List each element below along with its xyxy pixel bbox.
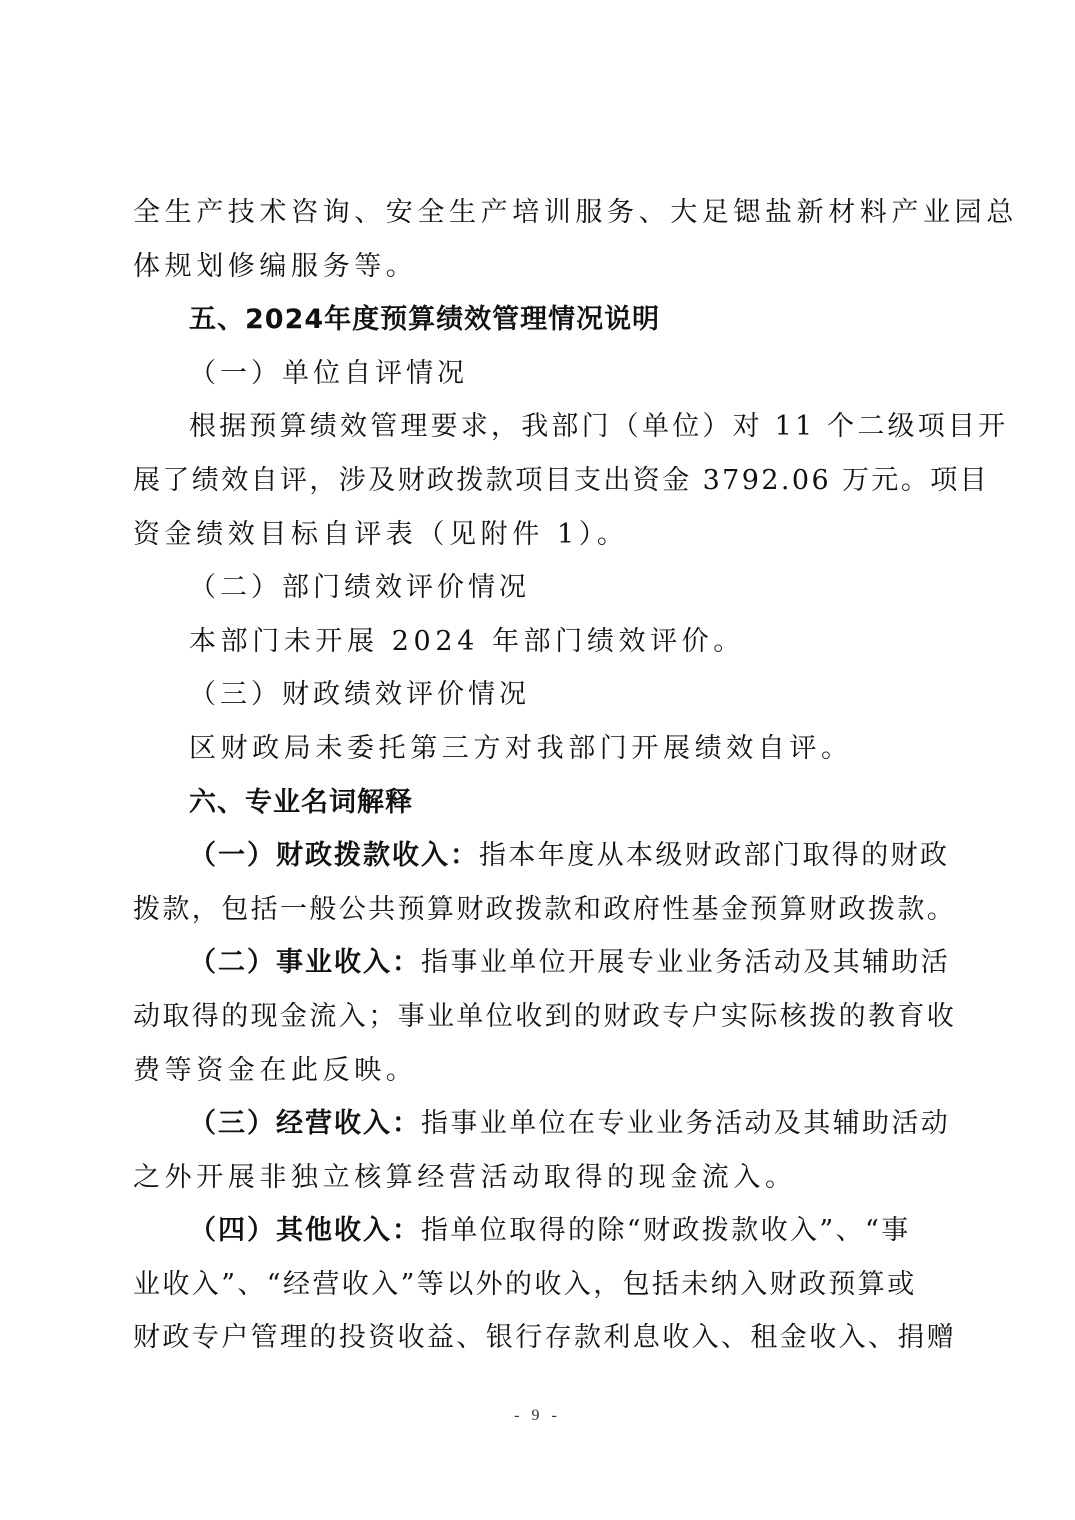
section-heading-5: 五、2024年度预算绩效管理情况说明: [133, 293, 943, 347]
term-label: （三）经营收入：: [189, 1108, 421, 1139]
page-number: - 9 -: [0, 1407, 1075, 1425]
term-text: 指单位取得的除“财政拨款收入”、“事: [421, 1215, 911, 1246]
document-page: 全生产技术咨询、安全生产培训服务、大足锶盐新材料产业园总 体规划修编服务等。 五…: [133, 186, 943, 1365]
subsection-heading-5-3: （三）财政绩效评价情况: [133, 668, 943, 722]
body-text-line: 资金绩效目标自评表（见附件 1）。: [133, 508, 943, 562]
body-text-line: 拨款，包括一般公共预算财政拨款和政府性基金预算财政拨款。: [133, 883, 943, 937]
term-definition-business-income: （二）事业收入：指事业单位开展专业业务活动及其辅助活: [133, 936, 943, 990]
term-text: 指事业单位开展专业业务活动及其辅助活: [421, 947, 950, 978]
term-label: （四）其他收入：: [189, 1215, 421, 1246]
body-text-line: 展了绩效自评，涉及财政拨款项目支出资金 3792.06 万元。项目: [133, 454, 943, 508]
term-definition-financial-appropriation: （一）财政拨款收入：指本年度从本级财政部门取得的财政: [133, 829, 943, 883]
body-text-line: 业收入”、“经营收入”等以外的收入，包括未纳入财政预算或: [133, 1258, 943, 1312]
term-text: 指本年度从本级财政部门取得的财政: [479, 840, 949, 871]
term-label: （一）财政拨款收入：: [189, 840, 479, 871]
term-definition-other-income: （四）其他收入：指单位取得的除“财政拨款收入”、“事: [133, 1204, 943, 1258]
body-text-line: 根据预算绩效管理要求，我部门（单位）对 11 个二级项目开: [133, 400, 943, 454]
body-text-line: 区财政局未委托第三方对我部门开展绩效自评。: [133, 722, 943, 776]
body-text-line: 体规划修编服务等。: [133, 240, 943, 294]
term-label: （二）事业收入：: [189, 947, 421, 978]
subsection-heading-5-1: （一）单位自评情况: [133, 347, 943, 401]
body-text-line: 全生产技术咨询、安全生产培训服务、大足锶盐新材料产业园总: [133, 186, 943, 240]
body-text-line: 动取得的现金流入；事业单位收到的财政专户实际核拨的教育收: [133, 990, 943, 1044]
body-text-line: 财政专户管理的投资收益、银行存款利息收入、租金收入、捐赠: [133, 1311, 943, 1365]
section-heading-6: 六、专业名词解释: [133, 776, 943, 830]
term-text: 指事业单位在专业业务活动及其辅助活动: [421, 1108, 950, 1139]
term-definition-operating-income: （三）经营收入：指事业单位在专业业务活动及其辅助活动: [133, 1097, 943, 1151]
body-text-line: 本部门未开展 2024 年部门绩效评价。: [133, 615, 943, 669]
subsection-heading-5-2: （二）部门绩效评价情况: [133, 561, 943, 615]
body-text-line: 之外开展非独立核算经营活动取得的现金流入。: [133, 1151, 943, 1205]
body-text-line: 费等资金在此反映。: [133, 1044, 943, 1098]
